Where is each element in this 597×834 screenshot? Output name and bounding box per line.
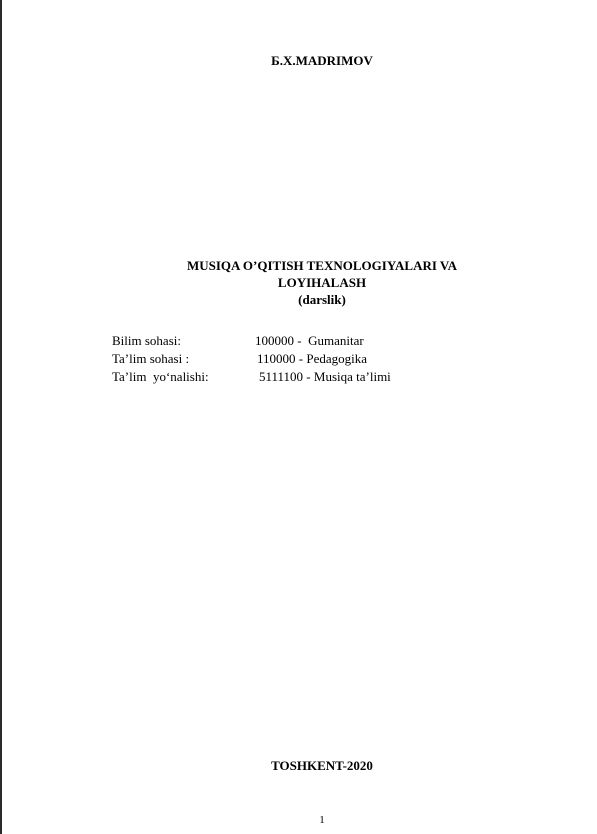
classification-row-education-direction: Ta’lim yo‘nalishi: 5111100 - Musiqa ta’l… xyxy=(112,368,132,386)
title-line-2: LOYIHALASH xyxy=(2,274,597,291)
classification-label: Ta’lim sohasi : xyxy=(112,350,189,368)
classification-label: Ta’lim yo‘nalishi: xyxy=(112,368,209,386)
classification-row-knowledge-area: Bilim sohasi: 100000 - Gumanitar xyxy=(112,332,132,350)
book-title: MUSIQA O’QITISH TEXNOLOGIYALARI VA LOYIH… xyxy=(2,257,597,308)
title-line-1: MUSIQA O’QITISH TEXNOLOGIYALARI VA xyxy=(2,257,597,274)
classification-value: 100000 - Gumanitar xyxy=(255,332,364,350)
publication-place-year: TOSHKENT-2020 xyxy=(2,758,597,774)
document-page: Б.X.MADRIMOV MUSIQA O’QITISH TEXNOLOGIYA… xyxy=(2,0,597,834)
classification-value: 110000 - Pedagogika xyxy=(257,350,367,368)
title-subtitle: (darslik) xyxy=(2,291,597,308)
classification-value: 5111100 - Musiqa ta’limi xyxy=(259,368,391,386)
page-number: 1 xyxy=(2,814,597,826)
classification-list: Bilim sohasi: 100000 - Gumanitar Ta’lim … xyxy=(112,332,132,386)
classification-label: Bilim sohasi: xyxy=(112,332,181,350)
author-name: Б.X.MADRIMOV xyxy=(2,53,597,69)
classification-row-education-area: Ta’lim sohasi : 110000 - Pedagogika xyxy=(112,350,132,368)
